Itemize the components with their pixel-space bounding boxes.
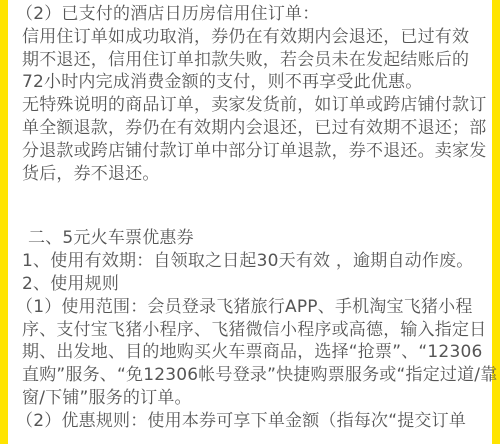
usage-scope-line: （1）使用范围：会员登录飞猪旅行APP、手机淘宝飞猪小程 xyxy=(16,296,488,319)
section-spacer xyxy=(22,185,488,227)
discount-rule-line: （2）优惠规则：使用本券可享下单金额（指每次“提交订单 xyxy=(16,410,488,433)
coupon-rules-text: （2）已支付的酒店日历房信用住订单： 信用住订单如成功取消，券仍在有效期内会退还… xyxy=(22,3,488,433)
rules-text-line: 货后，券不退还。 xyxy=(22,163,488,186)
usage-scope-line: 直购”服务、“免12306帐号登录”快捷购票服务或“指定过道/靠 xyxy=(22,364,488,387)
rules-text-line: 信用住订单如成功取消，券仍在有效期内会退还，已过有效 xyxy=(22,26,488,49)
usage-rules-heading: 2、使用规则 xyxy=(22,273,488,296)
rules-text-line: 72小时内完成消费金额的支付，则不再享受此优惠。 xyxy=(22,71,488,94)
usage-scope-line: 窗/下铺”服务的订单。 xyxy=(22,387,488,410)
hotel-credit-order-heading: （2）已支付的酒店日历房信用住订单： xyxy=(16,3,488,26)
rules-text-line: 分退款或跨店铺付款订单中部分订单退款，券不退还。卖家发 xyxy=(22,140,488,163)
left-yellow-border xyxy=(0,0,8,444)
rules-text-line: 单全额退款，券仍在有效期内会退还，已过有效期不退还；部 xyxy=(22,117,488,140)
usage-scope-line: 期、出发地、目的地购买火车票商品，选择“抢票”、“12306 xyxy=(22,341,488,364)
validity-period: 1、使用有效期：自领取之日起30天有效 ，逾期自动作废。 xyxy=(22,250,488,273)
train-coupon-heading: 二、5元火车票优惠券 xyxy=(22,227,488,250)
usage-scope-line: 序、支付宝飞猪小程序、飞猪微信小程序或高德，输入指定日 xyxy=(22,319,488,342)
rules-text-line: 无特殊说明的商品订单，卖家发货前，如订单或跨店铺付款订 xyxy=(22,94,488,117)
rules-text-line: 期不退还，信用住订单扣款失败，若会员未在发起结账后的 xyxy=(22,49,488,72)
